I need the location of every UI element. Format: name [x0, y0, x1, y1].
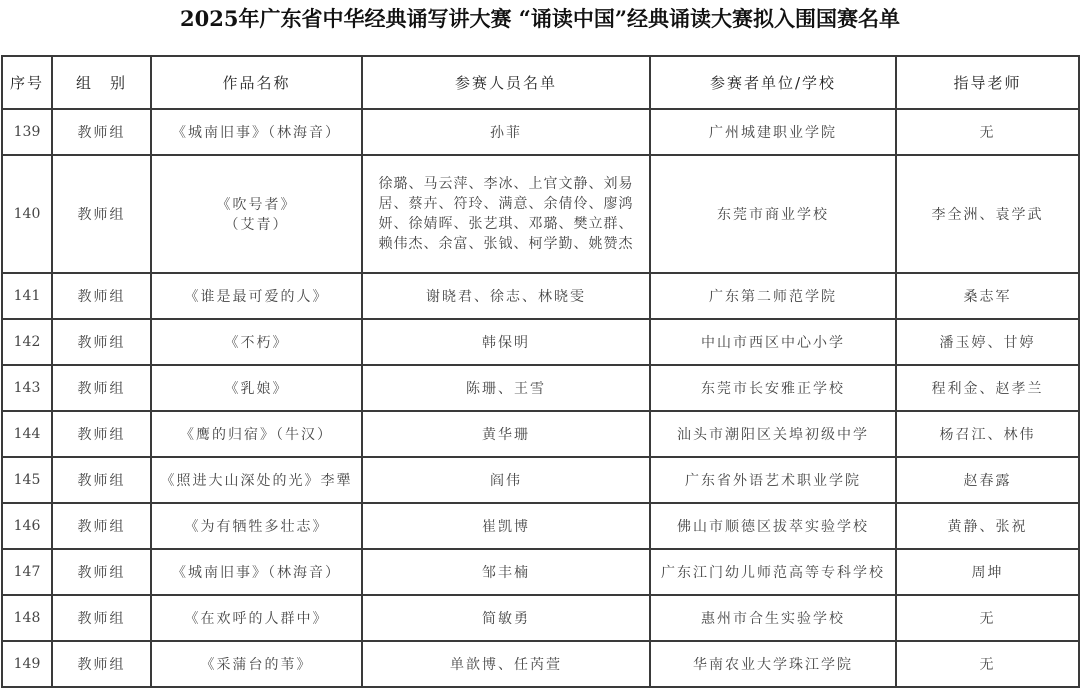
cell-teacher: 潘玉婷、甘婷	[896, 319, 1079, 365]
cell-group: 教师组	[52, 457, 151, 503]
cell-unit: 华南农业大学珠江学院	[650, 641, 896, 687]
cell-seq: 147	[2, 549, 52, 595]
cell-seq: 148	[2, 595, 52, 641]
cell-teacher: 无	[896, 109, 1079, 155]
cell-group: 教师组	[52, 273, 151, 319]
page-title: 2025年广东省中华经典诵写讲大赛 “诵读中国”经典诵读大赛拟入围国赛名单	[0, 0, 1080, 40]
cell-seq: 142	[2, 319, 52, 365]
table-row: 146 教师组 《为有牺牲多壮志》 崔凯博 佛山市顺德区拔萃实验学校 黄静、张祝	[2, 503, 1079, 549]
cell-group: 教师组	[52, 641, 151, 687]
cell-group: 教师组	[52, 549, 151, 595]
cell-participants: 黄华珊	[362, 411, 650, 457]
cell-unit: 东莞市长安雅正学校	[650, 365, 896, 411]
cell-participants: 孙菲	[362, 109, 650, 155]
cell-teacher: 李全洲、袁学武	[896, 155, 1079, 273]
cell-unit: 广东第二师范学院	[650, 273, 896, 319]
cell-teacher: 黄静、张祝	[896, 503, 1079, 549]
cell-unit: 汕头市潮阳区关埠初级中学	[650, 411, 896, 457]
cell-work: 《采蒲台的苇》	[151, 641, 362, 687]
cell-teacher: 桑志军	[896, 273, 1079, 319]
cell-group: 教师组	[52, 595, 151, 641]
cell-participants: 徐璐、马云萍、李冰、上官文静、刘易居、蔡卉、符玲、满意、余倩伶、廖鸿妍、徐婧晖、…	[362, 155, 650, 273]
cell-teacher: 周坤	[896, 549, 1079, 595]
cell-unit: 惠州市合生实验学校	[650, 595, 896, 641]
cell-work: 《城南旧事》（林海音）	[151, 109, 362, 155]
cell-unit: 广州城建职业学院	[650, 109, 896, 155]
cell-work: 《为有牺牲多壮志》	[151, 503, 362, 549]
cell-teacher: 无	[896, 641, 1079, 687]
cell-work: 《不朽》	[151, 319, 362, 365]
table-header-row: 序号 组 别 作品名称 参赛人员名单 参赛者单位/学校 指导老师	[2, 56, 1079, 109]
cell-participants: 阎伟	[362, 457, 650, 503]
cell-participants: 单歆博、任芮萱	[362, 641, 650, 687]
cell-participants: 韩保明	[362, 319, 650, 365]
table-row: 144 教师组 《鹰的归宿》（牛汉） 黄华珊 汕头市潮阳区关埠初级中学 杨召江、…	[2, 411, 1079, 457]
table-row: 149 教师组 《采蒲台的苇》 单歆博、任芮萱 华南农业大学珠江学院 无	[2, 641, 1079, 687]
cell-teacher: 程利金、赵孝兰	[896, 365, 1079, 411]
cell-group: 教师组	[52, 319, 151, 365]
table-row: 139 教师组 《城南旧事》（林海音） 孙菲 广州城建职业学院 无	[2, 109, 1079, 155]
cell-seq: 141	[2, 273, 52, 319]
cell-work: 《在欢呼的人群中》	[151, 595, 362, 641]
table-row: 148 教师组 《在欢呼的人群中》 简敏勇 惠州市合生实验学校 无	[2, 595, 1079, 641]
cell-seq: 146	[2, 503, 52, 549]
cell-group: 教师组	[52, 109, 151, 155]
cell-teacher: 无	[896, 595, 1079, 641]
header-participants: 参赛人员名单	[362, 56, 650, 109]
cell-group: 教师组	[52, 503, 151, 549]
table-row: 142 教师组 《不朽》 韩保明 中山市西区中心小学 潘玉婷、甘婷	[2, 319, 1079, 365]
header-teacher: 指导老师	[896, 56, 1079, 109]
cell-unit: 佛山市顺德区拔萃实验学校	[650, 503, 896, 549]
header-unit: 参赛者单位/学校	[650, 56, 896, 109]
table-row: 147 教师组 《城南旧事》（林海音） 邹丰楠 广东江门幼儿师范高等专科学校 周…	[2, 549, 1079, 595]
cell-work: 《乳娘》	[151, 365, 362, 411]
header-work: 作品名称	[151, 56, 362, 109]
cell-participants: 简敏勇	[362, 595, 650, 641]
cell-work: 《照进大山深处的光》李犟	[151, 457, 362, 503]
cell-work: 《谁是最可爱的人》	[151, 273, 362, 319]
table-row: 140 教师组 《吹号者》 （艾青） 徐璐、马云萍、李冰、上官文静、刘易居、蔡卉…	[2, 155, 1079, 273]
cell-group: 教师组	[52, 365, 151, 411]
cell-seq: 145	[2, 457, 52, 503]
cell-seq: 139	[2, 109, 52, 155]
cell-group: 教师组	[52, 411, 151, 457]
cell-seq: 144	[2, 411, 52, 457]
cell-participants: 陈珊、王雪	[362, 365, 650, 411]
cell-unit: 东莞市商业学校	[650, 155, 896, 273]
header-group: 组 别	[52, 56, 151, 109]
cell-work: 《鹰的归宿》（牛汉）	[151, 411, 362, 457]
cell-unit: 广东省外语艺术职业学院	[650, 457, 896, 503]
table-row: 145 教师组 《照进大山深处的光》李犟 阎伟 广东省外语艺术职业学院 赵春露	[2, 457, 1079, 503]
work-title-line: 《吹号者》	[156, 194, 357, 214]
cell-teacher: 杨召江、林伟	[896, 411, 1079, 457]
cell-unit: 广东江门幼儿师范高等专科学校	[650, 549, 896, 595]
cell-work: 《城南旧事》（林海音）	[151, 549, 362, 595]
cell-group: 教师组	[52, 155, 151, 273]
table-row: 143 教师组 《乳娘》 陈珊、王雪 东莞市长安雅正学校 程利金、赵孝兰	[2, 365, 1079, 411]
cell-participants: 邹丰楠	[362, 549, 650, 595]
table-row: 141 教师组 《谁是最可爱的人》 谢晓君、徐志、林晓雯 广东第二师范学院 桑志…	[2, 273, 1079, 319]
cell-teacher: 赵春露	[896, 457, 1079, 503]
cell-seq: 140	[2, 155, 52, 273]
cell-participants: 谢晓君、徐志、林晓雯	[362, 273, 650, 319]
roster-table: 序号 组 别 作品名称 参赛人员名单 参赛者单位/学校 指导老师 139 教师组…	[1, 55, 1080, 688]
work-author-line: （艾青）	[156, 214, 357, 234]
cell-seq: 149	[2, 641, 52, 687]
cell-participants: 崔凯博	[362, 503, 650, 549]
header-seq: 序号	[2, 56, 52, 109]
cell-work: 《吹号者》 （艾青）	[151, 155, 362, 273]
cell-unit: 中山市西区中心小学	[650, 319, 896, 365]
cell-seq: 143	[2, 365, 52, 411]
